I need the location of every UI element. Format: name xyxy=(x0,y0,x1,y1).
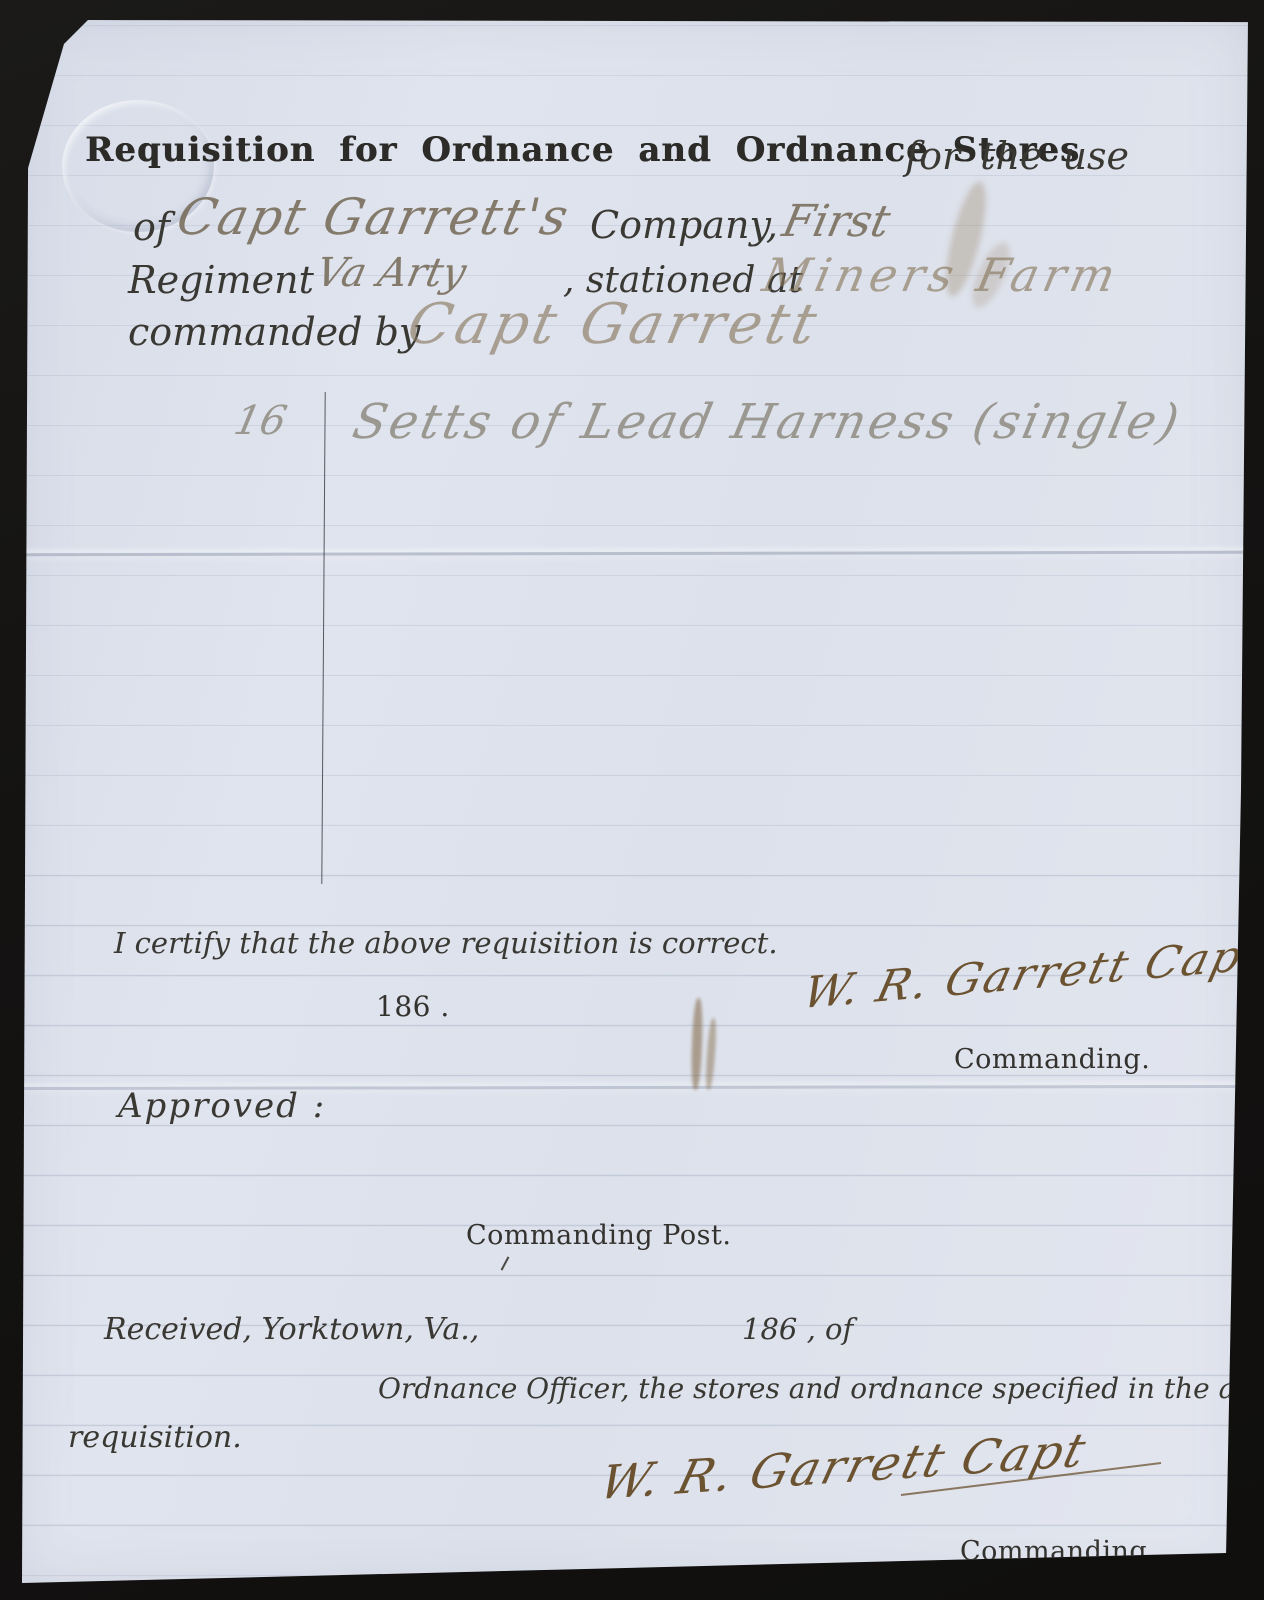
of-label: of xyxy=(133,205,170,249)
company-label: Company, xyxy=(590,203,778,247)
commanded-by-label: commanded by xyxy=(128,310,420,354)
commanding-post-label: Commanding Post. xyxy=(466,1220,731,1251)
document-paper: Requisition for Ordnance and Ordnance St… xyxy=(0,0,1264,1600)
regiment-label: Regiment xyxy=(128,258,314,302)
regiment-number-handwritten: First xyxy=(778,196,895,247)
certify-commanding-label: Commanding. xyxy=(954,1044,1150,1075)
form-title-suffix: for the use xyxy=(905,134,1129,178)
commander-handwritten: Capt Garrett xyxy=(402,292,826,357)
receipt-date-fragment: 186 , of xyxy=(742,1312,853,1346)
item-handwritten: Setts of Lead Harness (single) xyxy=(348,394,1187,450)
received-line: Received, Yorktown, Va., xyxy=(104,1312,479,1347)
certify-statement: I certify that the above requisition is … xyxy=(114,926,778,960)
certify-date-line: 186 . xyxy=(376,990,450,1023)
approved-label: Approved : xyxy=(118,1086,326,1126)
regiment-type-handwritten: Va Arty xyxy=(312,250,470,296)
receipt-officer-line: Ordnance Officer, the stores and ordnanc… xyxy=(378,1372,1264,1405)
receipt-requisition-word: requisition. xyxy=(68,1420,242,1455)
scanned-document: Requisition for Ordnance and Ordnance St… xyxy=(0,0,1264,1600)
quantity-handwritten: 16 xyxy=(230,398,291,444)
company-owner-handwritten: Capt Garrett's xyxy=(172,188,575,246)
receipt-commanding-label: Commanding. xyxy=(960,1536,1156,1567)
